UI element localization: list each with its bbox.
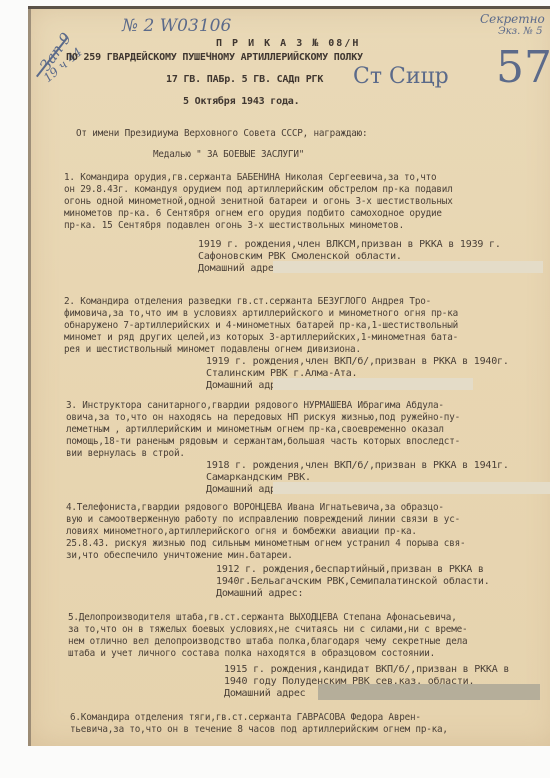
entry-line: ловиях минометного,артиллерийского огня … xyxy=(66,526,417,538)
bio-line: 1918 г. рождения,член ВКП/б/,призван в Р… xyxy=(206,460,509,472)
entry-line: 2. Командира отделения разведки гв.ст.се… xyxy=(64,296,431,308)
entry-line: нем отлично вел делопроизводство штаба п… xyxy=(68,636,467,648)
entry-line: 6.Командира отделения тяги,гв.ст.сержант… xyxy=(70,712,421,724)
entry-line: овича,за то,что он находясь на передовых… xyxy=(66,412,460,424)
redacted-address xyxy=(273,261,543,273)
copy-number: Экз. № 5 xyxy=(498,26,542,37)
handwritten-registry-number: № 2 W03106 xyxy=(122,16,231,36)
order-date: 5 Октября 1943 года. xyxy=(183,96,299,108)
entry-line: 3. Инструктора санитарного,гвардии рядов… xyxy=(66,400,444,412)
entry-line: зи,что обеспечило уничтожение мин.батаре… xyxy=(66,550,293,562)
medal-title: Медалью " ЗА БОЕВЫЕ ЗАСЛУГИ" xyxy=(153,149,304,161)
home-address-label: Домашний адрес xyxy=(224,688,306,700)
redacted-address xyxy=(273,482,550,494)
bio-line: 1919 г. рождения,член ВКП/б/,призван в Р… xyxy=(206,356,509,368)
entry-line: он 29.8.43г. командуя орудием под артилл… xyxy=(64,184,453,196)
home-address-label: Домашний адрес: xyxy=(216,588,303,600)
redacted-address xyxy=(318,684,540,700)
order-title: П Р И К А З № 08/Н xyxy=(216,38,360,50)
entry-line: 25.8.43. рискуя жизнью под сильным мином… xyxy=(66,538,465,550)
secret-stamp: Секретно xyxy=(480,12,545,26)
entry-line: фимовича,за то,что им в условиях артилле… xyxy=(64,308,458,320)
entry-line: огонь одной минометной,одной зенитной ба… xyxy=(64,196,453,208)
entry-line: вую и самоотверженную работу по исправле… xyxy=(66,514,460,526)
bio-line: 1940г.Бельагачским РВК,Семипалатинской о… xyxy=(216,576,490,588)
preamble: От имени Президиума Верховного Совета СС… xyxy=(76,128,367,140)
entry-line: миномет и ряд других целей,из которых 3-… xyxy=(64,332,458,344)
entry-line: минометов пр-ка. 6 Сентября огнем его ор… xyxy=(64,208,442,220)
entry-line: помощь,18-ти раненым рядовым и сержантам… xyxy=(66,436,460,448)
entry-line: 5.Делопроизводителя штаба,гв.ст.сержанта… xyxy=(68,612,457,624)
entry-line: за то,что он в тяжелых боевых условиях,н… xyxy=(68,624,467,636)
entry-line: 4.Телефониста,гвардии рядового ВОРОНЦЕВА… xyxy=(66,502,444,514)
document-page: Зап 9 19 ч 44 № 2 W03106 Секретно Экз. №… xyxy=(28,6,550,746)
entry-line: леметным , артиллерийским и минометным о… xyxy=(66,424,444,436)
bio-line: 1912 г. рождения,беспартийный,призван в … xyxy=(216,564,484,576)
handwritten-number: 57 xyxy=(496,42,550,93)
entry-line: тьевича,за то,что он в течение 8 часов п… xyxy=(70,724,448,736)
entry-line: вии вернулась в строй. xyxy=(66,448,185,460)
handwritten-annotation: Ст Сицр xyxy=(353,64,449,89)
redacted-address xyxy=(273,378,473,390)
order-recipient: ПО 259 ГВАРДЕЙСКОМУ ПУШЕЧНОМУ АРТИЛЛЕРИЙ… xyxy=(66,52,363,64)
entry-line: обнаружено 7-артиллерийских и 4-минометн… xyxy=(64,320,458,332)
bio-line: 1919 г. рождения,член ВЛКСМ,призван в РК… xyxy=(198,239,501,251)
order-unit: 17 ГВ. ПАБр. 5 ГВ. САДп РГК xyxy=(166,74,323,86)
entry-line: рея и шестиствольный миномет подавлены о… xyxy=(64,344,361,356)
bio-line: 1915 г. рождения,кандидат ВКП/б/,призван… xyxy=(224,664,509,676)
entry-line: 1. Командира орудия,гв.сержанта БАБЕНИНА… xyxy=(64,172,436,184)
entry-line: штаба и учет личного состава полка наход… xyxy=(68,648,435,660)
entry-line: пр-ка. 15 Сентября подавлен огонь 3-х ше… xyxy=(64,220,404,232)
